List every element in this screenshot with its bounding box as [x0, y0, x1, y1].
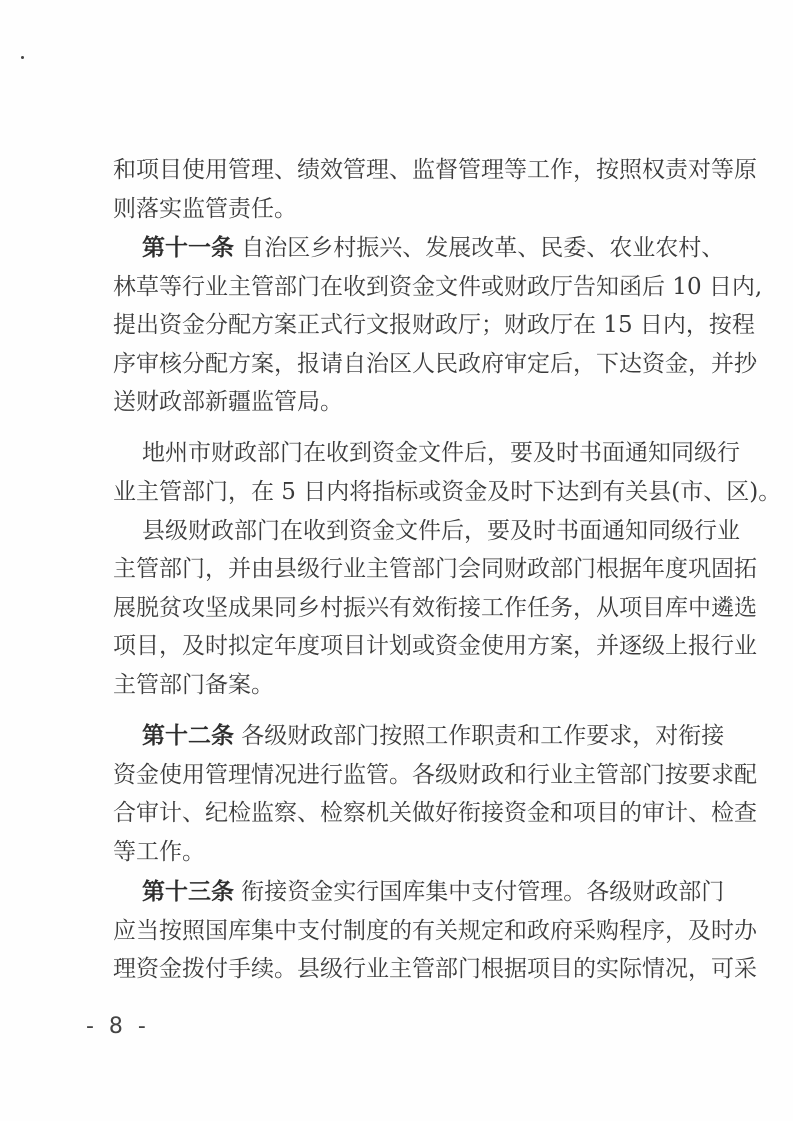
article-12-first-line: 第十二条 各级财政部门按照工作职责和工作要求，对衔接	[142, 721, 700, 751]
text-line: 林草等行业主管部门在收到资金文件或财政厅告知函后 10 日内,	[113, 272, 700, 302]
scan-speck	[21, 56, 24, 59]
document-page: 和项目使用管理、绩效管理、监督管理等工作，按照权责对等原 则落实监管责任。 第十…	[0, 0, 793, 1121]
text-line: 县级财政部门在收到资金文件后，要及时书面通知同级行业	[142, 516, 700, 546]
text-line: 应当按照国库集中支付制度的有关规定和政府采购程序，及时办	[113, 916, 700, 946]
page-number: - 8 -	[86, 1012, 150, 1042]
text-line: 理资金拨付手续。县级行业主管部门根据项目的实际情况，可采	[113, 954, 700, 984]
text-line: 和项目使用管理、绩效管理、监督管理等工作，按照权责对等原	[113, 155, 700, 185]
text-line: 主管部门，并由县级行业主管部门会同财政部门根据年度巩固拓	[113, 554, 700, 584]
text-line: 合审计、纪检监察、检察机关做好衔接资金和项目的审计、检查	[113, 798, 700, 828]
text-line: 展脱贫攻坚成果同乡村振兴有效衔接工作任务，从项目库中遴选	[113, 593, 700, 623]
text-segment: 各级财政部门按照工作职责和工作要求，对衔接	[234, 723, 724, 749]
text-line: 提出资金分配方案正式行文报财政厅；财政厅在 15 日内，按程	[113, 310, 700, 340]
text-line: 主管部门备案。	[113, 670, 700, 700]
text-line: 等工作。	[113, 837, 700, 867]
article-11-heading: 第十一条	[142, 234, 234, 261]
text-segment: 衔接资金实行国库集中支付管理。各级财政部门	[234, 879, 724, 905]
text-segment: 自治区乡村振兴、发展改革、民委、农业农村、	[234, 235, 724, 261]
text-line: 送财政部新疆监管局。	[113, 387, 700, 417]
text-line: 项目，及时拟定年度项目计划或资金使用方案，并逐级上报行业	[113, 631, 700, 661]
text-line: 地州市财政部门在收到资金文件后，要及时书面通知同级行	[142, 438, 700, 468]
article-13-first-line: 第十三条 衔接资金实行国库集中支付管理。各级财政部门	[142, 877, 700, 907]
article-11-first-line: 第十一条 自治区乡村振兴、发展改革、民委、农业农村、	[142, 233, 700, 263]
article-12-heading: 第十二条	[142, 722, 234, 749]
text-line: 则落实监管责任。	[113, 194, 700, 224]
article-13-heading: 第十三条	[142, 878, 234, 905]
text-line: 序审核分配方案，报请自治区人民政府审定后，下达资金，并抄	[113, 349, 700, 379]
text-line: 业主管部门，在 5 日内将指标或资金及时下达到有关县(市、区)。	[113, 477, 700, 507]
text-line: 资金使用管理情况进行监管。各级财政和行业主管部门按要求配	[113, 760, 700, 790]
